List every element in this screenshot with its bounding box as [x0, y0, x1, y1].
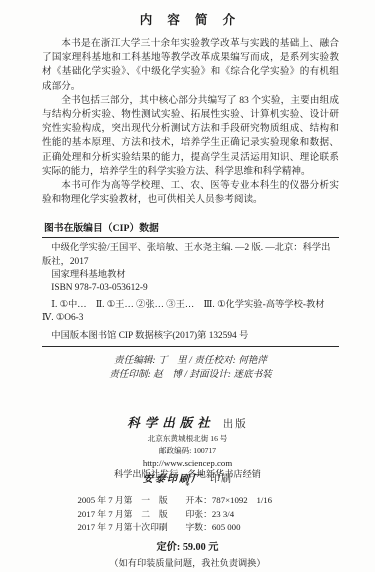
publisher-name-line: 科学出版社出版 [0, 413, 375, 431]
book-copyright-page: 内 容 简 介 本书是在浙江大学三十余年实验教学改革与实践的基础上、融合了国家理… [0, 0, 375, 572]
publisher-address: 北京东黄城根北街 16 号 [0, 433, 375, 444]
cip-series: 国家理科基地教材 [42, 269, 339, 282]
credit-print-design-line: 责任印制: 赵 博 / 封面设计: 迷底书装 [42, 368, 339, 382]
edition-info-table: 2005 年 7 月第 一 版 开本：787×1092 1/16 2017 年 … [78, 494, 298, 535]
edition-row-2: 2017 年 7 月第 二 版 印张：23 3/4 [78, 508, 298, 522]
edition-date: 2017 年 7 月第 二 版 [78, 508, 186, 522]
cip-isbn: ISBN 978-7-03-053612-9 [42, 282, 339, 295]
publisher-name: 科学出版社 [127, 416, 215, 430]
distribution-block: 科学出版社发行 各地新华书店经销 * 2005 年 7 月第 一 版 开本：78… [0, 466, 375, 569]
edition-date: 2005 年 7 月第 一 版 [78, 494, 186, 508]
cip-header: 图书在版编目（CIP）数据 [42, 220, 339, 234]
credit-editors-line: 责任编辑: 丁 里 / 责任校对: 何艳萍 [42, 354, 339, 368]
publisher-verb: 出版 [223, 419, 248, 430]
cip-registry: 中国版本图书馆 CIP 数据核字(2017)第 132594 号 [42, 330, 339, 343]
edition-row-3: 2017 年 7 月第十次印刷 字数：605 000 [78, 521, 298, 535]
intro-paragraph-3: 本书可作为高等学校理、工、农、医等专业本科生的仪器分析实验和物理化学实验教材，也… [42, 179, 339, 207]
cip-body: 中级化学实验/王国平、张培敏、王水尧主编. —2 版. —北京：科学出版社，20… [42, 242, 339, 342]
staff-credits: 责任编辑: 丁 里 / 责任校对: 何艳萍 责任印制: 赵 博 / 封面设计: … [42, 354, 339, 382]
cip-bottom-rule [42, 346, 339, 347]
separator-asterisk: * [0, 481, 375, 492]
cip-block: 图书在版编目（CIP）数据 中级化学实验/王国平、张培敏、王水尧主编. —2 版… [42, 220, 339, 346]
content-summary-title: 内 容 简 介 [42, 10, 339, 28]
intro-paragraph-1: 本书是在浙江大学三十余年实验教学改革与实践的基础上、融合了国家理科基地和工科基地… [42, 37, 339, 94]
edition-date: 2017 年 7 月第十次印刷 [78, 521, 186, 535]
cip-entry: 中级化学实验/王国平、张培敏、王水尧主编. —2 版. —北京：科学出版社，20… [42, 242, 339, 268]
distribution-line: 科学出版社发行 各地新华书店经销 [0, 466, 375, 480]
cip-top-rule [42, 237, 339, 238]
edition-spec: 字数：605 000 [186, 521, 241, 535]
edition-spec: 印张：23 3/4 [186, 508, 235, 522]
edition-spec: 开本：787×1092 1/16 [186, 494, 273, 508]
publisher-postal-code: 邮政编码: 100717 [0, 445, 375, 456]
cip-classification: Ⅰ. ①中… Ⅱ. ①王… ②张… ③王… Ⅲ. ①化学实验-高等学校-教材 Ⅳ… [42, 299, 339, 325]
edition-row-1: 2005 年 7 月第 一 版 开本：787×1092 1/16 [78, 494, 298, 508]
intro-paragraph-2: 全书包括三部分，其中核心部分共编写了 83 个实验，主要由组成与结构分析实验、物… [42, 94, 339, 179]
quality-note: （如有印装质量问题，我社负责调换） [0, 555, 375, 569]
price-line: 定价: 59.00 元 [0, 538, 375, 553]
